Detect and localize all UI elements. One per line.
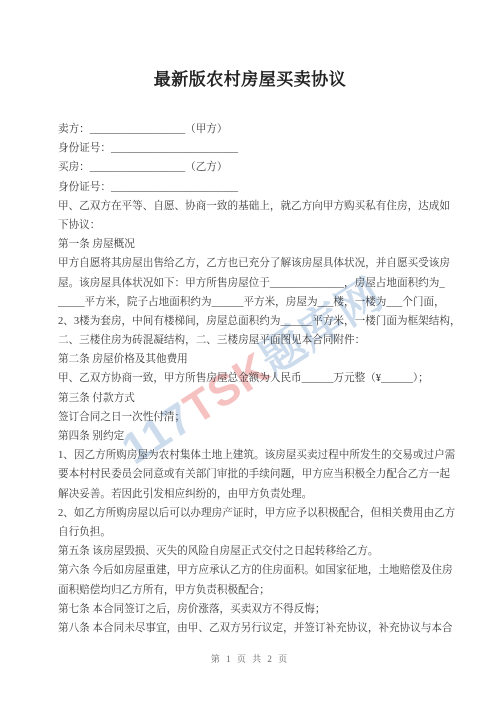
document-line: 2、3楼为套房，中间有楼梯间，房屋总面积约为______平方米，一楼门面为框架结… [58,312,456,331]
document-line: 要本村村民委员会同意或有关部门审批的手续问题，甲方应当积极全力配合乙方一起 [58,465,456,484]
document-line: 第三条 付款方式 [58,389,456,408]
document-line: 签订合同之日一次性付清； [58,408,456,427]
document-line: 第一条 房屋概况 [58,235,456,254]
document-line: 甲方自愿将其房屋出售给乙方，乙方也已充分了解该房屋具体状况，并自愿买受该房 [58,254,456,273]
page-footer: 第 1 页 共 2 页 [0,652,500,665]
document-line: 第七条 本合同签订之后，房价涨落，买卖双方不得反悔； [58,600,456,619]
document-line: 第八条 本合同未尽事宜，由甲、乙双方另行议定，并签订补充协议，补充协议与本合 [58,619,456,638]
document-line: _____平方米，院子占地面积约为______平方米，房屋为___楼，一楼为__… [58,293,456,312]
document-body: 卖方：__________________（甲方）身份证号：__________… [58,120,456,638]
document-line: 甲、乙双方协商一致，甲方所售房屋总金额为人民币______万元整（¥______… [58,369,456,388]
document-line: 自行负担。 [58,523,456,542]
document-line: 二、三楼住房为砖混凝结构，二、三楼房屋平面图见本合同附件： [58,331,456,350]
document-line: 1、因乙方所购房屋为农村集体土地上建筑。该房屋买卖过程中所发生的交易或过户需 [58,446,456,465]
document-line: 第五条 该房屋毁损、灭失的风险自房屋正式交付之日起转移给乙方。 [58,542,456,561]
document-line: 解决妥善。若因此引发相应纠纷的，由甲方负责处理。 [58,485,456,504]
document-line: 买房：__________________（乙方） [58,158,456,177]
document-line: 卖方：__________________（甲方） [58,120,456,139]
document-line: 甲、乙双方在平等、自愿、协商一致的基础上，就乙方向甲方购买私有住房，达成如 [58,197,456,216]
document-title: 最新版农村房屋买卖协议 [0,65,500,90]
document-page: 117TSK题库网 最新版农村房屋买卖协议 卖方：_______________… [0,0,500,706]
document-line: 2、如乙方所购房屋以后可以办理房产证时，甲方应予以积极配合，但相关费用由乙方 [58,504,456,523]
document-line: 身份证号：________________________ [58,178,456,197]
document-line: 第六条 今后如房屋重建，甲方应承认乙方的住房面积。如国家征地，土地赔偿及住房 [58,561,456,580]
document-line: 第二条 房屋价格及其他费用 [58,350,456,369]
document-line: 第四条 别约定 [58,427,456,446]
document-line: 屋。该房屋具体状况如下：甲方所售房屋位于______________，房屋占地面… [58,274,456,293]
document-line: 下协议： [58,216,456,235]
document-line: 面积赔偿均归乙方所有，甲方负责积极配合； [58,581,456,600]
document-line: 身份证号：________________________ [58,139,456,158]
